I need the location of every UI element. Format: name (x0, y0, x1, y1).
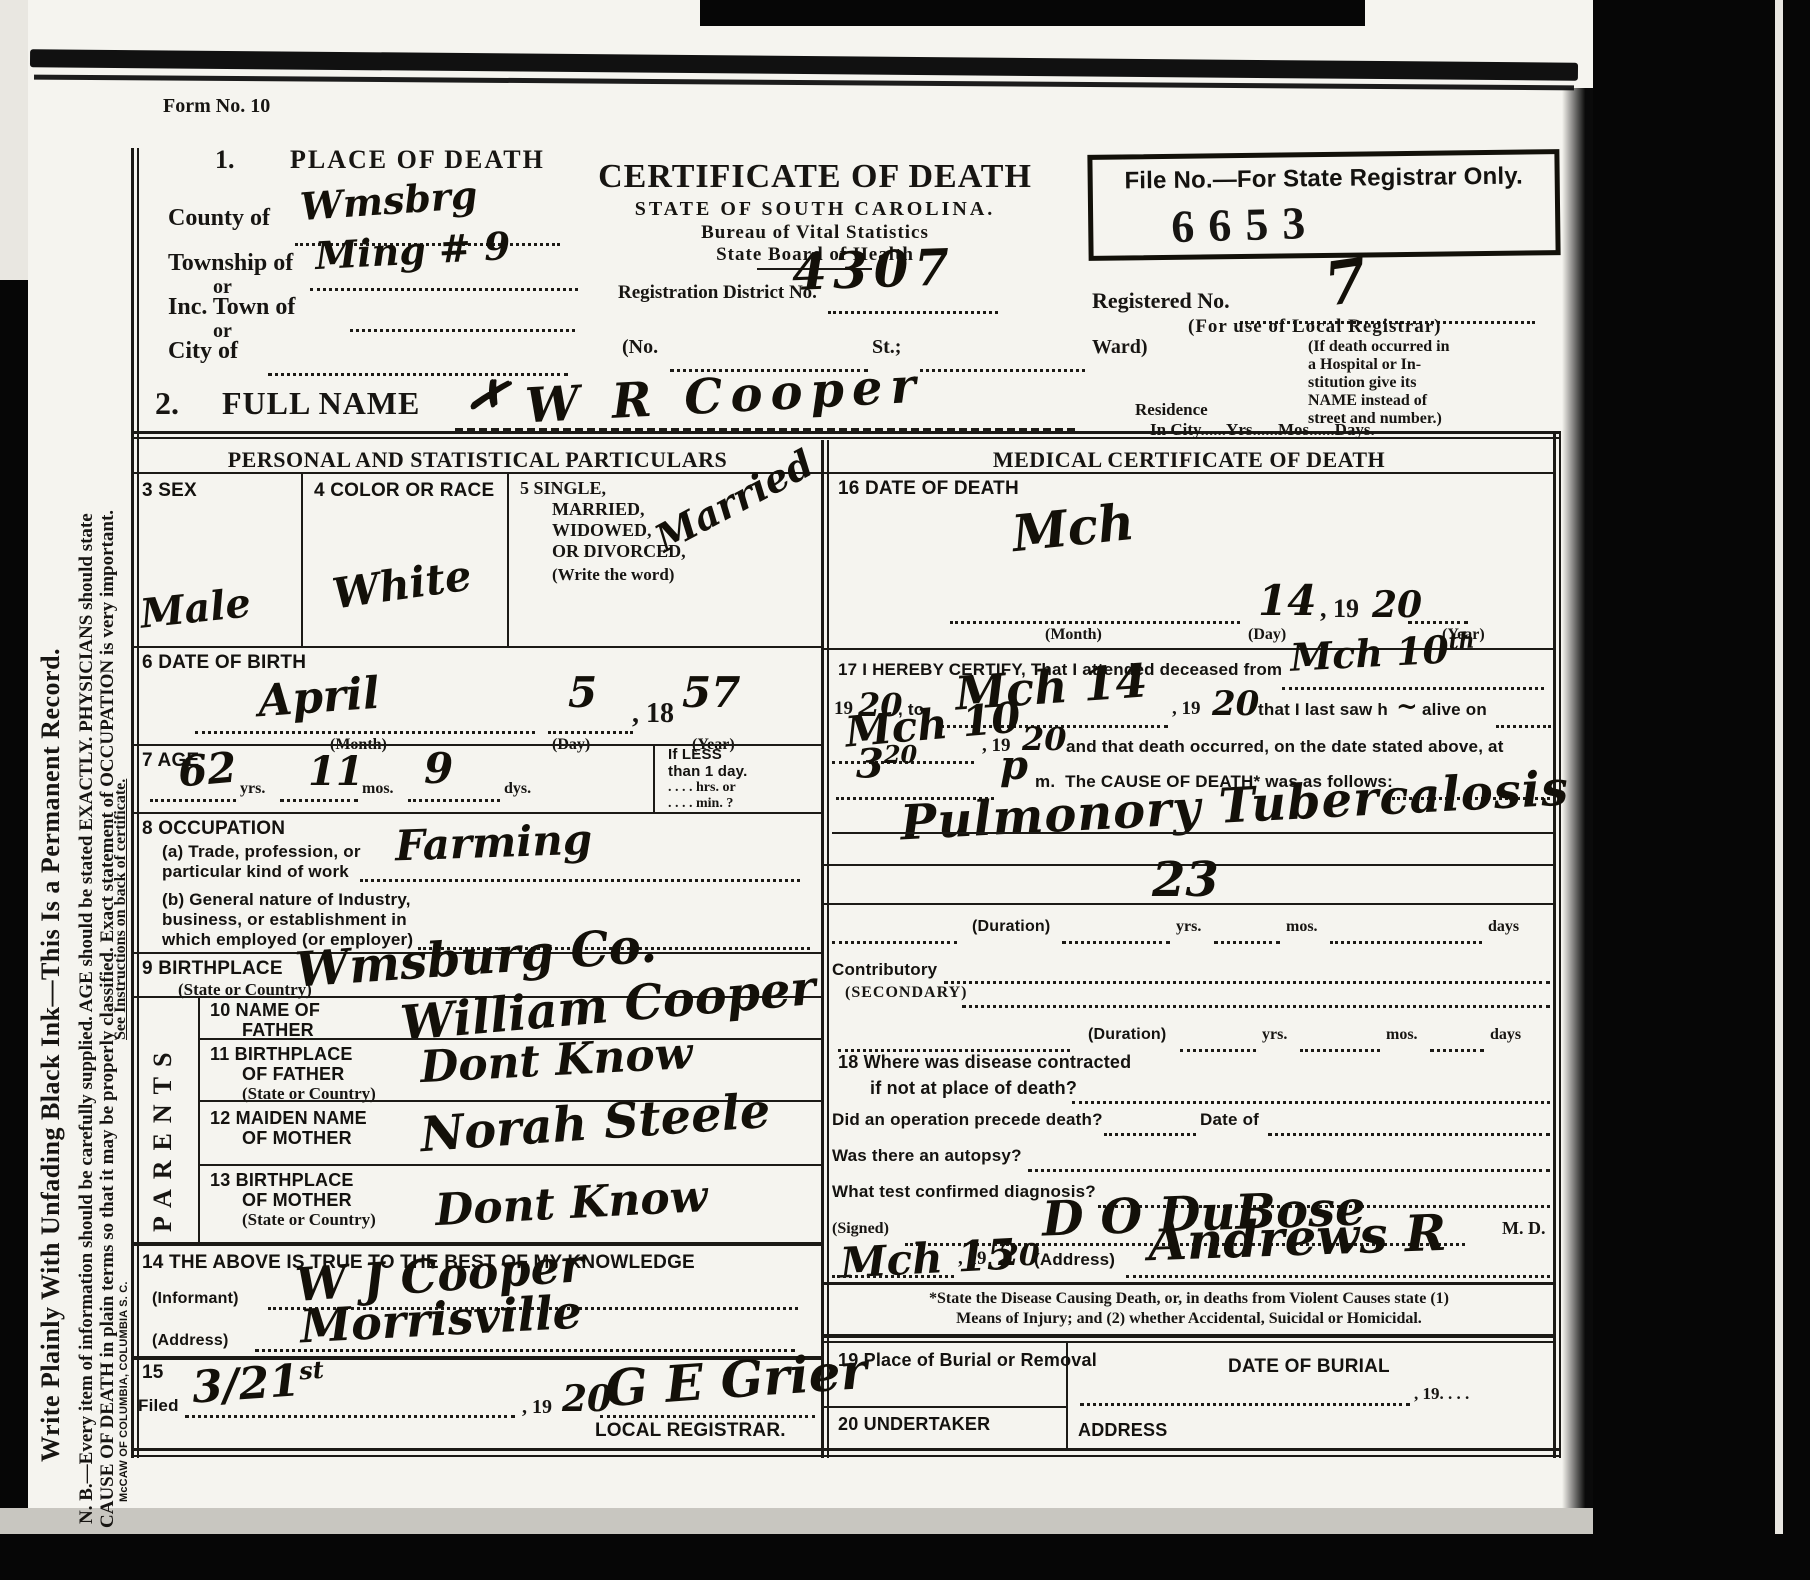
dotted-line (360, 876, 800, 882)
dotted-line (195, 728, 535, 734)
writing-line (824, 903, 1554, 905)
informant-label: (Informant) (152, 1290, 239, 1308)
dob-month-value: April (256, 668, 381, 727)
residence-label: Residence (1135, 400, 1208, 420)
duration2-mos: mos. (1386, 1026, 1418, 1044)
marital-label-line2: MARRIED, (552, 499, 645, 520)
contributory-label: Contributory (832, 960, 937, 980)
dob-day-value: 5 (568, 668, 597, 717)
hospital-note-line: a Hospital or In- (1308, 356, 1543, 374)
dotted-line (150, 796, 236, 802)
dod-day-caption: (Day) (1248, 626, 1286, 644)
hospital-note-line: NAME instead of (1308, 392, 1543, 410)
attended-from-main: Mch 10 (1289, 627, 1450, 680)
section1-number: 1. (215, 145, 235, 175)
dotted-line (1062, 938, 1170, 944)
age-days-value: 9 (424, 744, 453, 793)
autopsy-label: Was there an autopsy? (832, 1146, 1022, 1166)
scan-left-strip-light (0, 0, 28, 280)
race-label: 4 COLOR OR RACE (314, 480, 494, 502)
signed-date-value: Mch 15 (839, 1229, 1017, 1287)
sidebar-printer-line: McCAW OF COLUMBIA, COLUMBIA S. C. (118, 1281, 130, 1502)
dotted-line (310, 285, 578, 291)
registration-district-label: Registration District No. (618, 282, 817, 304)
form-number: Form No. 10 (163, 95, 270, 118)
dotted-line (600, 1412, 815, 1418)
certify-h-mark: ~ (1396, 692, 1418, 722)
section15-number: 15 (142, 1362, 164, 1384)
age-months-value: 11 (308, 748, 364, 795)
filed-date-suffix: st (298, 1355, 325, 1386)
duration1-label: (Duration) (972, 918, 1050, 936)
dotted-line (828, 308, 998, 314)
center-divider-outer (821, 440, 824, 1458)
md-label: M. D. (1502, 1218, 1546, 1239)
residence-line: In City......Yrs......Mos......Days. (1150, 420, 1375, 440)
dotted-line (1330, 938, 1482, 944)
dotted-line (1072, 1098, 1550, 1104)
cause-code-value: 23 (1152, 852, 1219, 908)
dotted-line (280, 796, 358, 802)
dotted-line (1282, 684, 1544, 690)
rule-bottom-2 (131, 1455, 1561, 1457)
hospital-note: (If death occurred in a Hospital or In- … (1308, 338, 1543, 428)
filed-date-main: 3/21 (190, 1355, 301, 1413)
certify-19b-printed: , 19 (1172, 698, 1201, 720)
occupation-a-line2: particular kind of work (162, 862, 349, 882)
dotted-line (548, 728, 633, 734)
dotted-line (185, 1412, 515, 1418)
birthplace-label: 9 BIRTHPLACE (142, 958, 283, 980)
rule (133, 812, 822, 814)
dod-month-caption: (Month) (1045, 626, 1102, 644)
dotted-line (832, 938, 957, 944)
rule-bottom-1 (131, 1448, 1561, 1451)
state-line: STATE OF SOUTH CAROLINA. (570, 198, 1060, 221)
dotted-line (1180, 1046, 1256, 1052)
certify-occurred-label: and that death occurred, on the date sta… (1066, 737, 1504, 757)
county-label: County of (168, 205, 270, 232)
if-less-line3: . . . . hrs. or (668, 780, 736, 796)
informant-address-label: (Address) (152, 1332, 228, 1350)
form-right-border-inner (1559, 433, 1561, 1458)
death-time-value: 320 (856, 740, 917, 787)
dotted-line (920, 366, 1085, 372)
form-left-border-outer (131, 148, 134, 1458)
dotted-line (408, 796, 500, 802)
city-label: City of (168, 338, 238, 365)
scan-bottom-band (0, 1534, 1810, 1580)
dotted-line (1430, 1046, 1484, 1052)
scan-left-strip (0, 280, 28, 1580)
section20-label: 20 UNDERTAKER (838, 1414, 990, 1435)
cell-divider (653, 744, 655, 812)
form-right-border-outer (1553, 433, 1556, 1458)
file-box-label: File No.—For State Registrar Only. (1093, 162, 1555, 196)
section18-line1: 18 Where was disease contracted (838, 1052, 1131, 1073)
hospital-note-line: (If death occurred in (1308, 338, 1543, 356)
father-name-label-line1: 10 NAME OF (210, 1000, 320, 1021)
page-bottom-smudge (0, 1508, 1593, 1534)
registered-sub-label: (For use of Local Registrar) (1188, 316, 1441, 338)
file-number-box: File No.—For State Registrar Only. 6653 (1087, 149, 1560, 261)
certify-last-saw-label: that I last saw h (1258, 700, 1388, 720)
duration1-yrs: yrs. (1176, 918, 1201, 936)
signed-19-printed: , 19 (958, 1248, 987, 1270)
duration1-days: days (1488, 918, 1519, 936)
cell-divider (507, 472, 509, 646)
certificate-title: CERTIFICATE OF DEATH (570, 158, 1060, 196)
no-label: (No. (622, 336, 658, 359)
cell-divider (301, 472, 303, 646)
right-column-title: MEDICAL CERTIFICATE OF DEATH (824, 447, 1554, 473)
operation-label: Did an operation precede death? (832, 1110, 1103, 1130)
physician-address-label: (Address) (1034, 1250, 1115, 1270)
rule (133, 472, 822, 474)
dotted-line (350, 326, 575, 332)
section19-label: 19 Place of Burial or Removal (838, 1350, 1097, 1371)
occupation-a-line1: (a) Trade, profession, or (162, 842, 361, 862)
age-mos-caption: mos. (362, 780, 394, 798)
mother-name-label-line2: OF MOTHER (242, 1128, 352, 1149)
form-left-border-inner (137, 148, 139, 1458)
mother-birthplace-label-line1: 13 BIRTHPLACE (210, 1170, 354, 1191)
section1-title: PLACE OF DEATH (290, 145, 545, 175)
if-less-line4: . . . . min. ? (668, 796, 733, 812)
occupation-b-line1: (b) General nature of Industry, (162, 890, 411, 910)
sidebar-nb-line1: N. B.—Every item of information should b… (76, 513, 98, 1524)
writing-line (832, 832, 1554, 834)
township-label: Township of (168, 250, 293, 277)
date-of-burial-label: DATE OF BURIAL (1228, 1356, 1390, 1378)
dotted-line (1028, 1166, 1550, 1172)
section18-line2: if not at place of death? (870, 1078, 1077, 1099)
dotted-line (1300, 1046, 1380, 1052)
sex-label: 3 SEX (142, 480, 197, 502)
occupation-value: Farming (394, 815, 593, 871)
secondary-label: (SECONDARY) (845, 984, 967, 1002)
dotted-line (944, 978, 1550, 984)
dotted-line (1126, 1272, 1550, 1278)
father-birthplace-label-line2: OF FATHER (242, 1064, 344, 1085)
bureau-line: Bureau of Vital Statistics (570, 222, 1060, 244)
death-time-p: p (1000, 742, 1028, 789)
rule (824, 1406, 1066, 1408)
st-label: St.; (872, 336, 901, 359)
dotted-line (1496, 722, 1551, 728)
rule (200, 1164, 822, 1166)
certify-year-b: 20 (1212, 684, 1259, 724)
inc-town-label: Inc. Town of (168, 294, 295, 321)
dotted-line (1104, 1130, 1196, 1136)
dob-year-printed: , 18 (632, 698, 674, 730)
attended-from-suffix: th (1448, 628, 1475, 655)
filed-19-printed: , 19 (522, 1396, 552, 1419)
date-of-death-label: 16 DATE OF DEATH (838, 478, 1019, 500)
dotted-line (268, 370, 568, 376)
ward-label: Ward) (1092, 336, 1148, 359)
dotted-line (1408, 618, 1468, 624)
physician-address-value: Andrews R (1147, 1203, 1447, 1272)
filed-date-value: 3/21st (190, 1353, 326, 1413)
marital-hint: (Write the word) (552, 565, 674, 585)
duration1-mos: mos. (1286, 918, 1318, 936)
duration2-days: days (1490, 1026, 1521, 1044)
rule (824, 472, 1554, 474)
parents-vertical-label: PARENTS (148, 1043, 178, 1232)
duration2-label: (Duration) (1088, 1026, 1166, 1044)
sidebar-permanent-record: Write Plainly With Unfading Black Ink—Th… (36, 648, 66, 1462)
death-time-hour: 3 (856, 740, 884, 787)
death-time-minutes: 20 (884, 740, 917, 769)
burial-19-printed: , 19. . . . (1414, 1384, 1469, 1404)
date-of-death-day: 14 (1258, 576, 1316, 625)
certify-alive-on-label: alive on (1422, 700, 1487, 720)
heavy-rule (824, 1341, 1554, 1343)
mother-birthplace-label-line2: OF MOTHER (242, 1190, 352, 1211)
left-column-title: PERSONAL AND STATISTICAL PARTICULARS (133, 447, 822, 473)
dotted-line (832, 1272, 954, 1278)
age-yrs-caption: yrs. (240, 780, 265, 798)
occupation-b-line2: business, or establishment in (162, 910, 407, 930)
scanned-death-certificate: Write Plainly With Unfading Black Ink—Th… (0, 0, 1810, 1580)
duration2-yrs: yrs. (1262, 1026, 1287, 1044)
footnote-line1: *State the Disease Causing Death, or, in… (828, 1290, 1550, 1308)
age-years-value: 62 (176, 743, 239, 797)
marital-label-line3: WIDOWED, (552, 520, 652, 541)
dashed-underline (455, 424, 1075, 432)
occupation-label: 8 OCCUPATION (142, 818, 285, 840)
rule (824, 1282, 1554, 1285)
dob-label: 6 DATE OF BIRTH (142, 652, 306, 674)
dob-year-value: 57 (682, 668, 740, 717)
if-less-line1: If LESS (668, 746, 722, 763)
dotted-line (1268, 1130, 1550, 1136)
filed-label: Filed (138, 1396, 179, 1416)
marital-label-line1: 5 SINGLE, (520, 478, 606, 499)
hospital-note-line: stitution give its (1308, 374, 1543, 392)
scan-top-bar (700, 0, 1365, 26)
certify-year-c: 20 (1022, 720, 1067, 758)
father-birthplace-label-line1: 11 BIRTHPLACE (210, 1044, 353, 1065)
parents-divider (198, 996, 200, 1242)
registration-district-value: 4307 (791, 237, 956, 302)
dotted-line (1214, 938, 1280, 944)
dotted-line (962, 1002, 1550, 1008)
date-of-death-19-printed: , 19 (1320, 594, 1359, 624)
undertaker-address-label: ADDRESS (1078, 1420, 1167, 1441)
scan-right-stripe (1775, 0, 1783, 1580)
registered-label: Registered No. (1092, 288, 1230, 314)
mother-name-label-line1: 12 MAIDEN NAME (210, 1108, 367, 1129)
file-number-value: 6653 (1170, 196, 1320, 253)
mother-birthplace-hint: (State or Country) (242, 1210, 376, 1230)
footnote-line2: Means of Injury; and (2) whether Acciden… (828, 1310, 1550, 1328)
dotted-line (950, 618, 1240, 624)
age-dys-caption: dys. (504, 780, 531, 798)
operation-date-of-label: Date of (1200, 1110, 1259, 1130)
signed-label: (Signed) (832, 1220, 889, 1238)
heavy-rule (824, 1334, 1554, 1338)
sidebar-see-instructions: See Instructions on back of certificate. (112, 779, 130, 1040)
dotted-line (1080, 1400, 1410, 1406)
rule (133, 646, 822, 648)
section2-number: 2. (155, 385, 179, 422)
section2-label: FULL NAME (222, 385, 420, 422)
local-registrar-label: LOCAL REGISTRAR. (595, 1420, 786, 1442)
if-less-line2: than 1 day. (668, 763, 747, 780)
